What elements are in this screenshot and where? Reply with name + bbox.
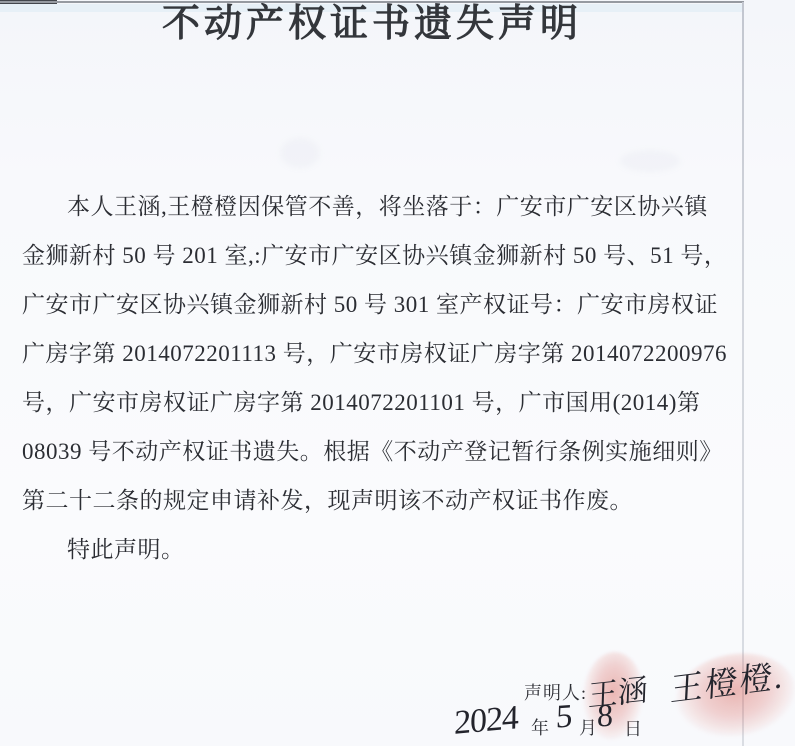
declarant-label: 声明人:: [524, 679, 587, 705]
handwritten-year: 2024: [454, 699, 518, 743]
paper-right-edge-line: [742, 2, 744, 746]
document-body: 本人王涵,王橙橙因保管不善，将坐落于：广安市广安区协兴镇 金狮新村 50 号 2…: [22, 182, 722, 574]
scanned-document-page: 不动产权证书遗失声明 本人王涵,王橙橙因保管不善，将坐落于：广安市广安区协兴镇 …: [0, 0, 795, 746]
scan-smudge: [620, 150, 680, 172]
body-line: 08039 号不动产权证书遗失。根据《不动产登记暂行条例实施细则》: [22, 427, 722, 476]
body-line: 广房字第 2014072201113 号，广安市房权证广房字第 20140722…: [22, 329, 722, 378]
body-line: 金狮新村 50 号 201 室,:广安市广安区协兴镇金狮新村 50 号、51 号…: [22, 231, 722, 280]
body-line-closing: 特此声明。: [22, 525, 722, 574]
body-line: 广安市广安区协兴镇金狮新村 50 号 301 室产权证号：广安市房权证: [22, 280, 722, 329]
handwritten-day: 8: [597, 697, 614, 735]
body-line: 第二十二条的规定申请补发，现声明该不动产权证书作废。: [22, 476, 722, 525]
document-title: 不动产权证书遗失声明: [0, 4, 744, 46]
handwritten-month: 5: [555, 698, 573, 736]
body-line: 号，广安市房权证广房字第 2014072201101 号，广市国用(2014)第: [22, 378, 722, 427]
body-line: 本人王涵,王橙橙因保管不善，将坐落于：广安市广安区协兴镇: [22, 182, 722, 231]
scan-smudge: [280, 138, 320, 168]
year-label: 年: [531, 714, 550, 740]
